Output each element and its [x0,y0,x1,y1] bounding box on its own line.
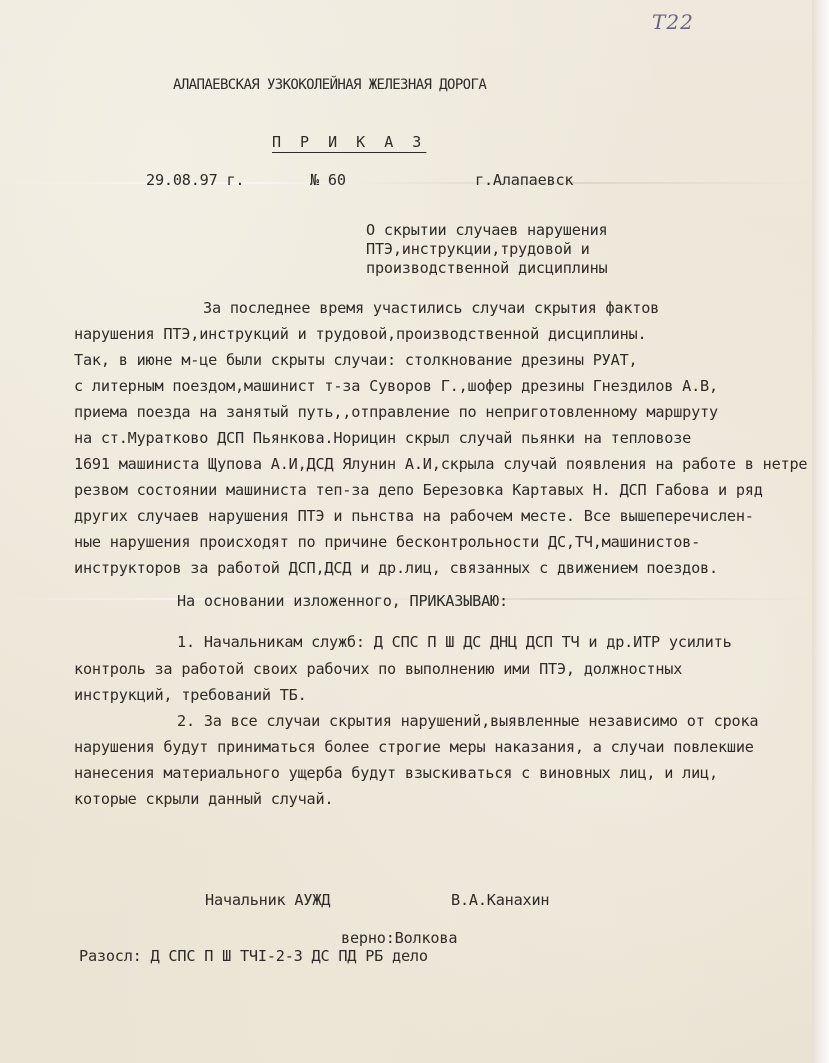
distribution-list: Разосл: Д СПС П Ш ТЧI-2-3 ДС ПД РБ дело [79,947,428,965]
body-line: Так, в июне м-це были скрыты случаи: сто… [74,351,637,369]
paper-sheet [0,0,812,1063]
body-line: ные нарушения происходят по причине беск… [74,533,700,551]
order-item-line: контроль за работой своих рабочих по вып… [74,660,682,678]
scan-edge [812,0,829,1063]
signatory-name: В.А.Канахин [451,891,549,909]
body-line: инструкторов за работой ДСП,ДСД и др.лиц… [74,559,718,577]
subject-line: О скрытии случаев нарушения [366,221,607,239]
order-item-line: инструкций, требований ТБ. [74,686,307,704]
pencil-annotation: Т22 [652,10,694,34]
body-line: нарушения ПТЭ,инструкций и трудовой,прои… [74,325,646,343]
order-intro: На основании изложенного, ПРИКАЗЫВАЮ: [177,592,508,610]
order-item-line: которые скрыли данный случай. [74,790,333,808]
document-date: 29.08.97 г. [146,171,244,189]
subject-line: ПТЭ,инструкции,трудовой и [366,240,590,258]
order-item-line: нанесения материального ущерба будут взы… [74,764,718,782]
paper-fold [0,182,812,184]
signatory-position: Начальник АУЖД [205,891,330,909]
body-line: 1691 машиниста Щупова А.И,ДСД Ялунин А.И… [74,455,807,473]
body-line: с литерным поездом,машинист т-за Суворов… [74,377,718,395]
body-line: других случаев нарушения ПТЭ и пьнства н… [74,507,754,525]
body-line: приема поезда на занятый путь,,отправлен… [74,403,718,421]
certified-copy: верно:Волкова [341,929,457,947]
order-item-line: 2. За все случаи скрытия нарушений,выявл… [177,712,758,730]
order-item-line: нарушения будут приниматься более строги… [74,738,754,756]
document-title: П Р И К А З [272,133,426,151]
document-number: № 60 [310,171,346,189]
subject-line: производственной дисциплины [366,259,607,277]
organization-name: АЛАПАЕВСКАЯ УЗКОКОЛЕЙНАЯ ЖЕЛЕЗНАЯ ДОРОГА [173,77,486,93]
body-line: За последнее время участились случаи скр… [203,299,659,317]
body-line: на ст.Муратково ДСП Пьянкова.Норицин скр… [74,429,691,447]
order-item-line: 1. Начальникам служб: Д СПС П Ш ДС ДНЦ Д… [177,633,732,651]
document-city: г.Алапаевск [475,171,573,189]
body-line: резвом состоянии машиниста теп-за депо Б… [74,481,763,499]
